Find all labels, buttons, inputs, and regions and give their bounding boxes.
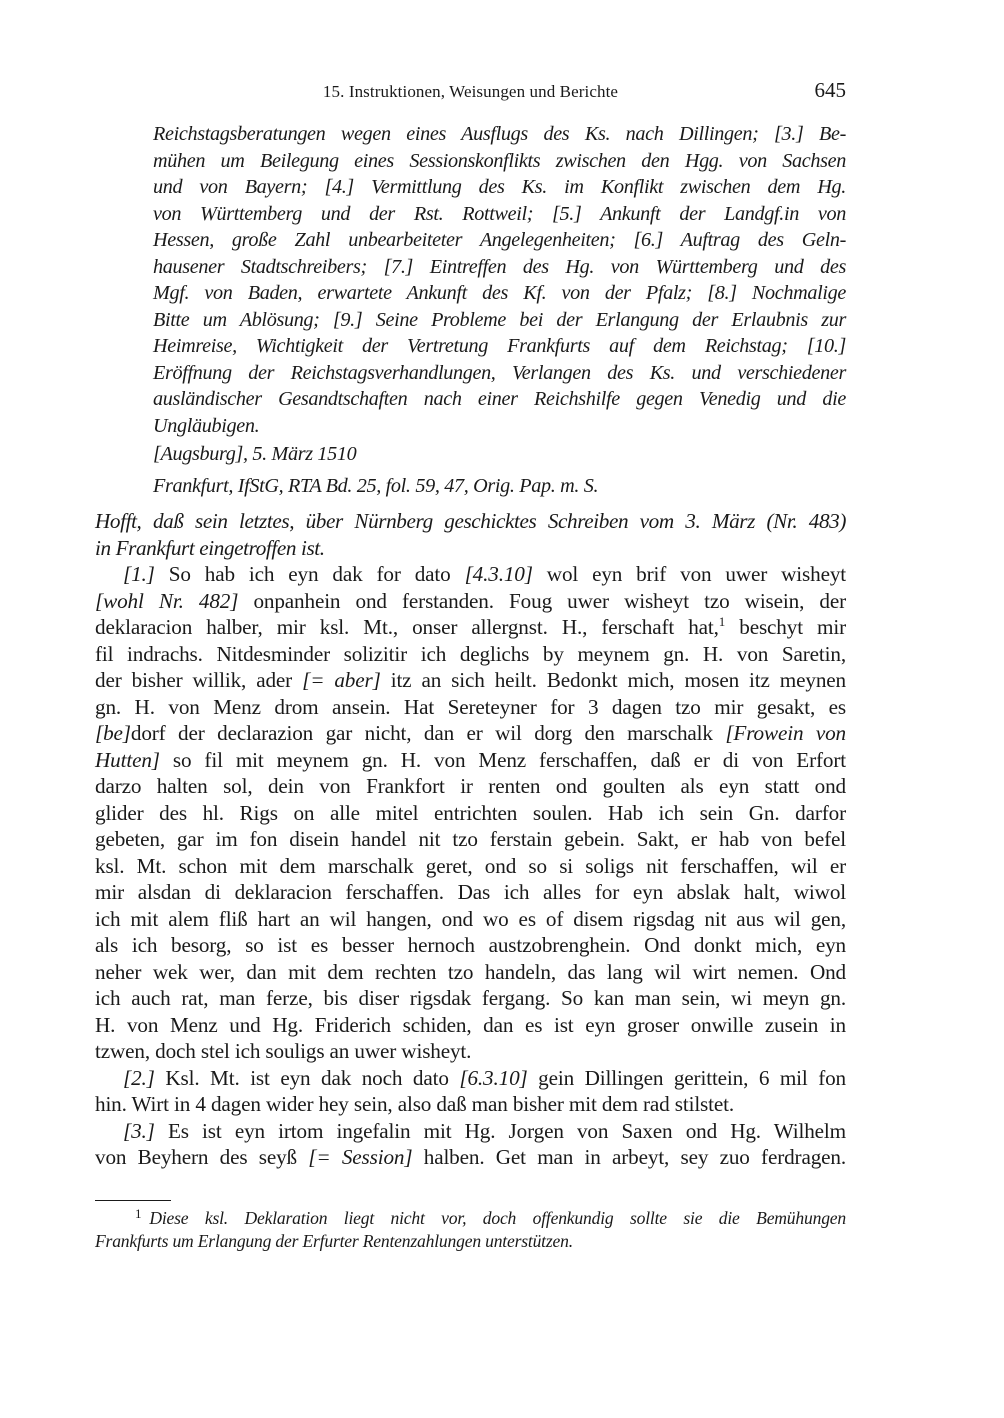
regest-line: ausländischer Gesandtschaften nach einer…: [153, 386, 846, 413]
editorial-note: [be]: [95, 721, 131, 745]
text-line: H. von Menz und Hg. Friderich schiden, d…: [95, 1012, 846, 1039]
editorial-note: [6.3.10]: [459, 1066, 527, 1090]
text-line: glider des hl. Rigs on alle mitel entric…: [95, 800, 846, 827]
section-label: [2.]: [123, 1066, 155, 1090]
paragraph-3: [3.] Es ist eyn irtom ingefalin mit Hg. …: [95, 1118, 846, 1171]
regest-line: von Württemberg und der Rst. Rottweil; […: [153, 201, 846, 228]
summary-line: Hofft, daß sein letztes, über Nürnberg g…: [95, 508, 846, 535]
text-line: ich auch rat, man ferze, bis diser rigsd…: [95, 985, 846, 1012]
paragraph-1: [1.] So hab ich eyn dak for dato [4.3.10…: [95, 561, 846, 1065]
paragraph-2: [2.] Ksl. Mt. ist eyn dak noch dato [6.3…: [95, 1065, 846, 1118]
text-line: deklaracion halber, mir ksl. Mt., onser …: [95, 614, 846, 641]
text-line: mir alsdan di deklaracion ferschaffen. D…: [95, 879, 846, 906]
text-line: gn. H. von Menz drom ansein. Hat Seretey…: [95, 694, 846, 721]
editorial-note: [4.3.10]: [465, 562, 533, 586]
footnote-1: 1Diese ksl. Deklaration liegt nicht vor,…: [95, 1207, 846, 1253]
editorial-note: Hutten]: [95, 748, 160, 772]
editorial-note: [Frowein von: [725, 721, 846, 745]
main-text: Hofft, daß sein letztes, über Nürnberg g…: [95, 508, 846, 1171]
section-label: [1.]: [123, 562, 155, 586]
text-line: Hutten] so fil mit meynem gn. H. von Men…: [95, 747, 846, 774]
text-line: hin. Wirt in 4 dagen wider hey sein, als…: [95, 1091, 846, 1118]
text-line: darzo halten sol, dein von Frankfort ir …: [95, 773, 846, 800]
text-line: der bisher willik, ader [= aber] itz an …: [95, 667, 846, 694]
summary-line: in Frankfurt eingetroffen ist.: [95, 535, 846, 562]
text-line: fil indrachs. Nitdesminder solizitir ich…: [95, 641, 846, 668]
text-line: tzwen, doch stel ich souligs an uwer wis…: [95, 1038, 846, 1065]
regest-line: Heimreise, Wichtigkeit der Vertretung Fr…: [153, 333, 846, 360]
editorial-note: [= Session]: [308, 1145, 412, 1169]
editorial-summary: Hofft, daß sein letztes, über Nürnberg g…: [95, 508, 846, 561]
text-line: neher wek wer, dan mit dem rechten tzo h…: [95, 959, 846, 986]
regest-line: Bitte um Ablösung; [9.] Seine Probleme b…: [153, 307, 846, 334]
document-date: [Augsburg], 5. März 1510: [153, 443, 356, 466]
regest-line: Eröffnung der Reichstagsverhandlungen, V…: [153, 360, 846, 387]
text-line: [1.] So hab ich eyn dak for dato [4.3.10…: [95, 561, 846, 588]
regest-line: Mgf. von Baden, erwartete Ankunft des Kf…: [153, 280, 846, 307]
editorial-note: [wohl Nr. 482]: [95, 589, 238, 613]
text-line: [3.] Es ist eyn irtom ingefalin mit Hg. …: [95, 1118, 846, 1145]
footnote-line: Frankfurts um Erlangung der Erfurter Ren…: [95, 1230, 846, 1253]
text-line: ich mit alem fliß hart an wil hangen, on…: [95, 906, 846, 933]
text-line: gebeten, gar im fon disein handel nit tz…: [95, 826, 846, 853]
running-title: 15. Instruktionen, Weisungen und Bericht…: [95, 82, 846, 102]
text-line: ksl. Mt. schon mit dem marschalk geret, …: [95, 853, 846, 880]
text-line: [wohl Nr. 482] onpanhein ond ferstanden.…: [95, 588, 846, 615]
text-line: als ich besorg, so ist es besser hernoch…: [95, 932, 846, 959]
document-regest: Reichstagsberatungen wegen eines Ausflug…: [153, 121, 846, 439]
text-line: [2.] Ksl. Mt. ist eyn dak noch dato [6.3…: [95, 1065, 846, 1092]
editorial-note: [= aber]: [302, 668, 381, 692]
footnote-mark: 1: [135, 1206, 141, 1221]
text-line: von Beyhern des seyß [= Session] halben.…: [95, 1144, 846, 1171]
regest-line: Hessen, große Zahl unbearbeiteter Angele…: [153, 227, 846, 254]
regest-line: mühen um Beilegung eines Sessionskonflik…: [153, 148, 846, 175]
regest-line: Reichstagsberatungen wegen eines Ausflug…: [153, 121, 846, 148]
regest-line: Ungläubigen.: [153, 413, 846, 440]
text-line: [be]dorf der declarazion gar nicht, dan …: [95, 720, 846, 747]
section-label: [3.]: [123, 1119, 155, 1143]
footnote-divider: [95, 1200, 171, 1201]
page-number: 645: [815, 78, 847, 103]
regest-line: hausener Stadtschreibers; [7.] Eintreffe…: [153, 254, 846, 281]
footnote-line: 1Diese ksl. Deklaration liegt nicht vor,…: [95, 1207, 846, 1230]
page-header: 15. Instruktionen, Weisungen und Bericht…: [95, 78, 846, 106]
regest-line: und von Bayern; [4.] Vermittlung des Ks.…: [153, 174, 846, 201]
document-source: Frankfurt, IfStG, RTA Bd. 25, fol. 59, 4…: [153, 475, 598, 498]
